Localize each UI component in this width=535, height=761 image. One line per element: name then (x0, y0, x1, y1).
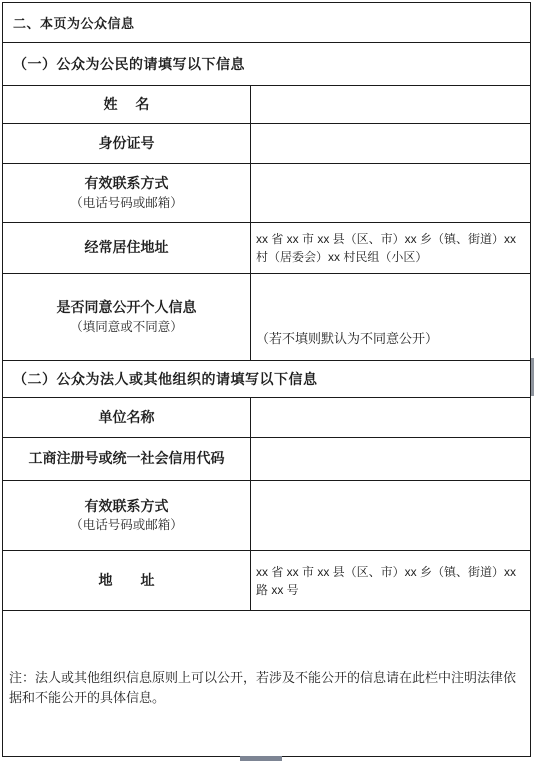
org-credit-code-input-cell[interactable] (251, 438, 530, 480)
citizen-consent-input-cell[interactable]: （若不填则默认为不同意公开） (251, 274, 530, 360)
citizen-id-label-cell: 身份证号 (3, 124, 251, 163)
citizen-address-label: 经常居住地址 (85, 239, 169, 257)
section2-header-row: （二）公众为法人或其他组织的请填写以下信息 (3, 361, 530, 398)
row-citizen-name: 姓 名 (3, 86, 530, 124)
row-citizen-contact: 有效联系方式 （电话号码或邮箱） (3, 164, 530, 223)
section1-header: （一）公众为公民的请填写以下信息 (13, 54, 245, 74)
org-address-hint: xx 省 xx 市 xx 县（区、市）xx 乡（镇、街道）xx 路 xx 号 (256, 563, 522, 599)
document-page: 二、本页为公众信息 （一）公众为公民的请填写以下信息 姓 名 身份证号 有效联系… (0, 0, 535, 761)
section1-header-row: （一）公众为公民的请填写以下信息 (3, 43, 530, 86)
citizen-address-hint: xx 省 xx 市 xx 县（区、市）xx 乡（镇、街道）xx 村（居委会）xx… (256, 230, 522, 266)
org-credit-code-label-cell: 工商注册号或统一社会信用代码 (3, 438, 251, 480)
citizen-address-label-cell: 经常居住地址 (3, 223, 251, 273)
legal-basis-note: 注：法人或其他组织信息原则上可以公开，若涉及不能公开的信息请在此栏中注明法律依据… (9, 670, 516, 705)
org-credit-code-label: 工商注册号或统一社会信用代码 (29, 450, 225, 468)
row-citizen-address: 经常居住地址 xx 省 xx 市 xx 县（区、市）xx 乡（镇、街道）xx 村… (3, 223, 530, 274)
org-contact-sublabel: （电话号码或邮箱） (70, 517, 183, 533)
citizen-consent-hint: （若不填则默认为不同意公开） (256, 329, 438, 349)
org-address-label-cell: 地 址 (3, 551, 251, 610)
citizen-address-input-cell[interactable]: xx 省 xx 市 xx 县（区、市）xx 乡（镇、街道）xx 村（居委会）xx… (251, 223, 530, 273)
scan-artifact-bottom-bar (240, 756, 282, 761)
citizen-name-input-cell[interactable] (251, 86, 530, 123)
row-org-name: 单位名称 (3, 398, 530, 438)
row-org-credit-code: 工商注册号或统一社会信用代码 (3, 438, 530, 481)
org-name-label-cell: 单位名称 (3, 398, 251, 437)
citizen-name-label-cell: 姓 名 (3, 86, 251, 123)
section2-header: （二）公众为法人或其他组织的请填写以下信息 (13, 369, 318, 389)
public-info-form-table: 二、本页为公众信息 （一）公众为公民的请填写以下信息 姓 名 身份证号 有效联系… (2, 2, 531, 757)
row-org-address: 地 址 xx 省 xx 市 xx 县（区、市）xx 乡（镇、街道）xx 路 xx… (3, 551, 530, 611)
row-citizen-id-number: 身份证号 (3, 124, 530, 164)
citizen-id-label: 身份证号 (99, 135, 155, 153)
org-contact-label-cell: 有效联系方式 （电话号码或邮箱） (3, 481, 251, 550)
citizen-contact-label-cell: 有效联系方式 （电话号码或邮箱） (3, 164, 251, 222)
org-name-label: 单位名称 (99, 409, 155, 427)
row-citizen-consent: 是否同意公开个人信息 （填同意或不同意） （若不填则默认为不同意公开） (3, 274, 530, 361)
org-name-input-cell[interactable] (251, 398, 530, 437)
org-contact-input-cell[interactable] (251, 481, 530, 550)
page-title-row: 二、本页为公众信息 (3, 3, 530, 43)
citizen-consent-sublabel: （填同意或不同意） (70, 319, 183, 335)
citizen-contact-input-cell[interactable] (251, 164, 530, 222)
org-contact-label: 有效联系方式 (85, 498, 169, 516)
org-address-input-cell[interactable]: xx 省 xx 市 xx 县（区、市）xx 乡（镇、街道）xx 路 xx 号 (251, 551, 530, 610)
scan-artifact-right-edge (531, 358, 534, 396)
legal-basis-note-cell[interactable]: 注：法人或其他组织信息原则上可以公开，若涉及不能公开的信息请在此栏中注明法律依据… (3, 611, 530, 756)
citizen-contact-sublabel: （电话号码或邮箱） (70, 195, 183, 211)
row-org-contact: 有效联系方式 （电话号码或邮箱） (3, 481, 530, 551)
citizen-consent-label: 是否同意公开个人信息 (57, 299, 197, 317)
org-address-label: 地 址 (99, 572, 155, 590)
citizen-name-label: 姓 名 (104, 96, 150, 114)
citizen-id-input-cell[interactable] (251, 124, 530, 163)
citizen-contact-label: 有效联系方式 (85, 175, 169, 193)
citizen-consent-label-cell: 是否同意公开个人信息 （填同意或不同意） (3, 274, 251, 360)
page-title: 二、本页为公众信息 (13, 13, 135, 32)
